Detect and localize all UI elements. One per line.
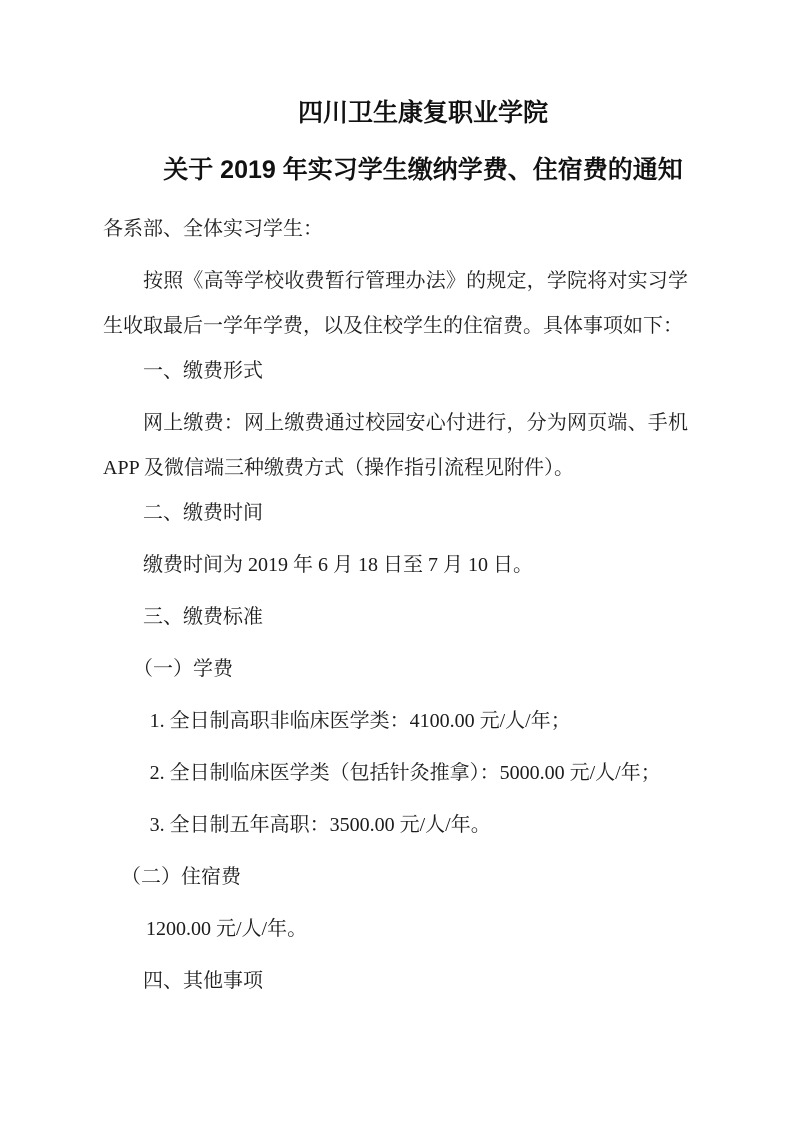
online-payment-paragraph: 网上缴费：网上缴费通过校园安心付进行，分为网页端、手机 APP 及微信端三种缴费… <box>103 401 688 491</box>
section-1-heading: 一、缴费形式 <box>103 349 688 394</box>
accommodation-fee-paragraph: 1200.00 元/人/年。 <box>103 907 688 952</box>
tuition-item-3: 3. 全日制五年高职：3500.00 元/人/年。 <box>103 803 688 848</box>
section-2-heading: 二、缴费时间 <box>103 491 688 536</box>
document-body: 各系部、全体实习学生： 按照《高等学校收费暂行管理办法》的规定，学院将对实习学生… <box>103 207 688 1004</box>
salutation: 各系部、全体实习学生： <box>103 207 688 252</box>
document-page: 四川卫生康复职业学院 关于 2019 年实习学生缴纳学费、住宿费的通知 各系部、… <box>0 0 793 1122</box>
school-title: 四川卫生康复职业学院 <box>103 96 688 130</box>
intro-paragraph: 按照《高等学校收费暂行管理办法》的规定，学院将对实习学生收取最后一学年学费，以及… <box>103 259 688 349</box>
title-block: 四川卫生康复职业学院 关于 2019 年实习学生缴纳学费、住宿费的通知 <box>103 96 688 187</box>
tuition-item-2: 2. 全日制临床医学类（包括针灸推拿）：5000.00 元/人/年； <box>103 751 688 796</box>
accommodation-subheading: （二）住宿费 <box>103 855 688 900</box>
tuition-subheading: （一）学费 <box>103 647 688 692</box>
notice-title: 关于 2019 年实习学生缴纳学费、住宿费的通知 <box>103 153 688 187</box>
section-3-heading: 三、缴费标准 <box>103 595 688 640</box>
payment-period-paragraph: 缴费时间为 2019 年 6 月 18 日至 7 月 10 日。 <box>103 543 688 588</box>
tuition-item-1: 1. 全日制高职非临床医学类：4100.00 元/人/年； <box>103 699 688 744</box>
section-4-heading: 四、其他事项 <box>103 959 688 1004</box>
